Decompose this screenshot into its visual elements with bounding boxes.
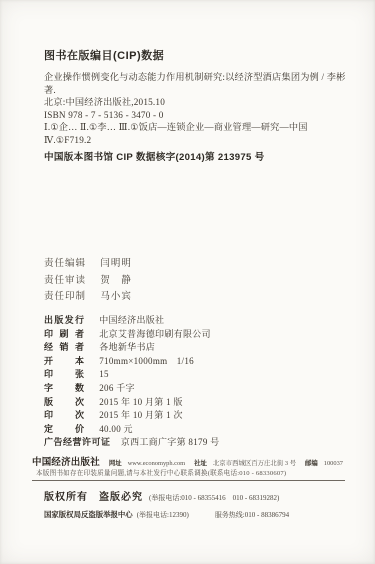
pub-row-impression: 印次 2015 年 10 月第 1 次	[44, 409, 351, 423]
staff-row-printing: 责任印制 马小宾	[44, 289, 132, 306]
pub-label: 定价	[44, 423, 84, 437]
pub-value: 中国经济出版社	[99, 315, 164, 325]
staff-value: 闫明明	[100, 259, 132, 269]
cip-record-number: 中国版本图书馆 CIP 数据核字(2014)第 213975 号	[44, 149, 351, 163]
staff-label: 责任审读	[44, 275, 86, 286]
pub-label: 版次	[44, 396, 84, 410]
address-label: 社址	[194, 460, 207, 467]
staff-row-editor: 责任编辑 闫明明	[44, 256, 132, 273]
pub-row-format: 开本 710mm×1000mm 1/16	[44, 355, 351, 369]
agency-name: 国家版权局反盗版举报中心	[44, 510, 133, 519]
cip-isbn-line: ISBN 978 - 7 - 5136 - 3470 - 0	[44, 109, 351, 122]
cip-heading: 图书在版编目(CIP)数据	[44, 47, 351, 63]
pub-row-price: 定价 40.00 元	[44, 423, 351, 437]
copyright-statement: 版权所有 盗版必究	[44, 492, 143, 503]
pub-value: 15	[99, 369, 109, 379]
print-quality-note: 本版图书如存在印装质量问题,请与本社发行中心联系调换(联系电话:010 - 68…	[36, 467, 355, 477]
pub-label: 经销者	[44, 341, 84, 355]
pub-value: 2015 年 10 月第 1 次	[99, 410, 183, 420]
pub-label: 字数	[44, 382, 84, 396]
copyright-line: 版权所有 盗版必究 (举报电话:010 - 68355416 010 - 683…	[44, 487, 355, 505]
book-copyright-page: 图书在版编目(CIP)数据 企业操作惯例变化与动态能力作用机制研究:以经济型酒店…	[0, 0, 375, 564]
pub-value: 2015 年 10 月第 1 版	[99, 397, 183, 407]
pub-value: 710mm×1000mm 1/16	[99, 356, 194, 366]
pub-label: 开本	[44, 355, 84, 369]
pub-label: 出版发行	[44, 314, 84, 328]
staff-label: 责任编辑	[44, 258, 86, 269]
cip-classification-line: Ⅰ.①企… Ⅱ.①李… Ⅲ.①饭店—连锁企业—商业管理—研究—中国 Ⅳ.①F71…	[44, 121, 351, 146]
publishing-block: 出版发行 中国经济出版社 印刷者 北京艾普海德印刷有限公司 经销者 各地新华书店…	[44, 314, 351, 450]
pub-label: 广告经营许可证	[44, 436, 111, 450]
cip-title-line: 企业操作惯例变化与动态能力作用机制研究:以经济型酒店集团为例 / 李彬 著.	[44, 71, 351, 96]
pub-row-distributor: 经销者 各地新华书店	[44, 341, 351, 355]
pub-label: 印张	[44, 368, 84, 382]
website-value: www.economyph.com	[128, 460, 185, 467]
zipcode-value: 100037	[324, 460, 343, 467]
zipcode-label: 邮编	[305, 460, 318, 467]
pub-row-edition: 版次 2015 年 10 月第 1 版	[44, 396, 351, 410]
pub-value: 北京艾普海德印刷有限公司	[99, 329, 211, 339]
divider-rule	[32, 480, 345, 481]
staff-value: 贺 静	[100, 276, 132, 286]
pub-row-wordcount: 字数 206 千字	[44, 382, 351, 396]
copyright-report-phones: (举报电话:010 - 68355416 010 - 68319282)	[149, 494, 279, 502]
pub-row-ad-license: 广告经营许可证 京西工商广字第 8179 号	[44, 436, 351, 450]
cip-publisher-line: 北京:中国经济出版社,2015.10	[44, 96, 351, 109]
website-label: 网址	[109, 460, 122, 467]
pub-value: 40.00 元	[99, 424, 133, 434]
pub-row-printer: 印刷者 北京艾普海德印刷有限公司	[44, 328, 351, 342]
pub-value: 206 千字	[99, 383, 135, 393]
staff-block: 责任编辑 闫明明 责任审读 贺 静 责任印制 马小宾	[44, 256, 132, 306]
pub-row-publisher: 出版发行 中国经济出版社	[44, 314, 351, 328]
pub-label: 印刷者	[44, 328, 84, 342]
anti-piracy-line: 国家版权局反盗版举报中心 (举报电话:12390) 服务热线:010 - 883…	[44, 504, 355, 522]
pub-value: 各地新华书店	[99, 342, 155, 352]
cip-block: 图书在版编目(CIP)数据 企业操作惯例变化与动态能力作用机制研究:以经济型酒店…	[44, 47, 351, 163]
service-hotline: 服务热线:010 - 88386794	[215, 511, 289, 519]
staff-value: 马小宾	[100, 292, 132, 302]
pub-label: 印次	[44, 409, 84, 423]
staff-label: 责任印制	[44, 291, 86, 302]
pub-row-sheets: 印张 15	[44, 368, 351, 382]
agency-phone: (举报电话:12390)	[137, 511, 189, 519]
staff-row-reviewer: 责任审读 贺 静	[44, 273, 132, 290]
address-value: 北京市西城区百万庄北街 3 号	[213, 460, 296, 467]
pub-value: 京西工商广字第 8179 号	[121, 437, 220, 447]
